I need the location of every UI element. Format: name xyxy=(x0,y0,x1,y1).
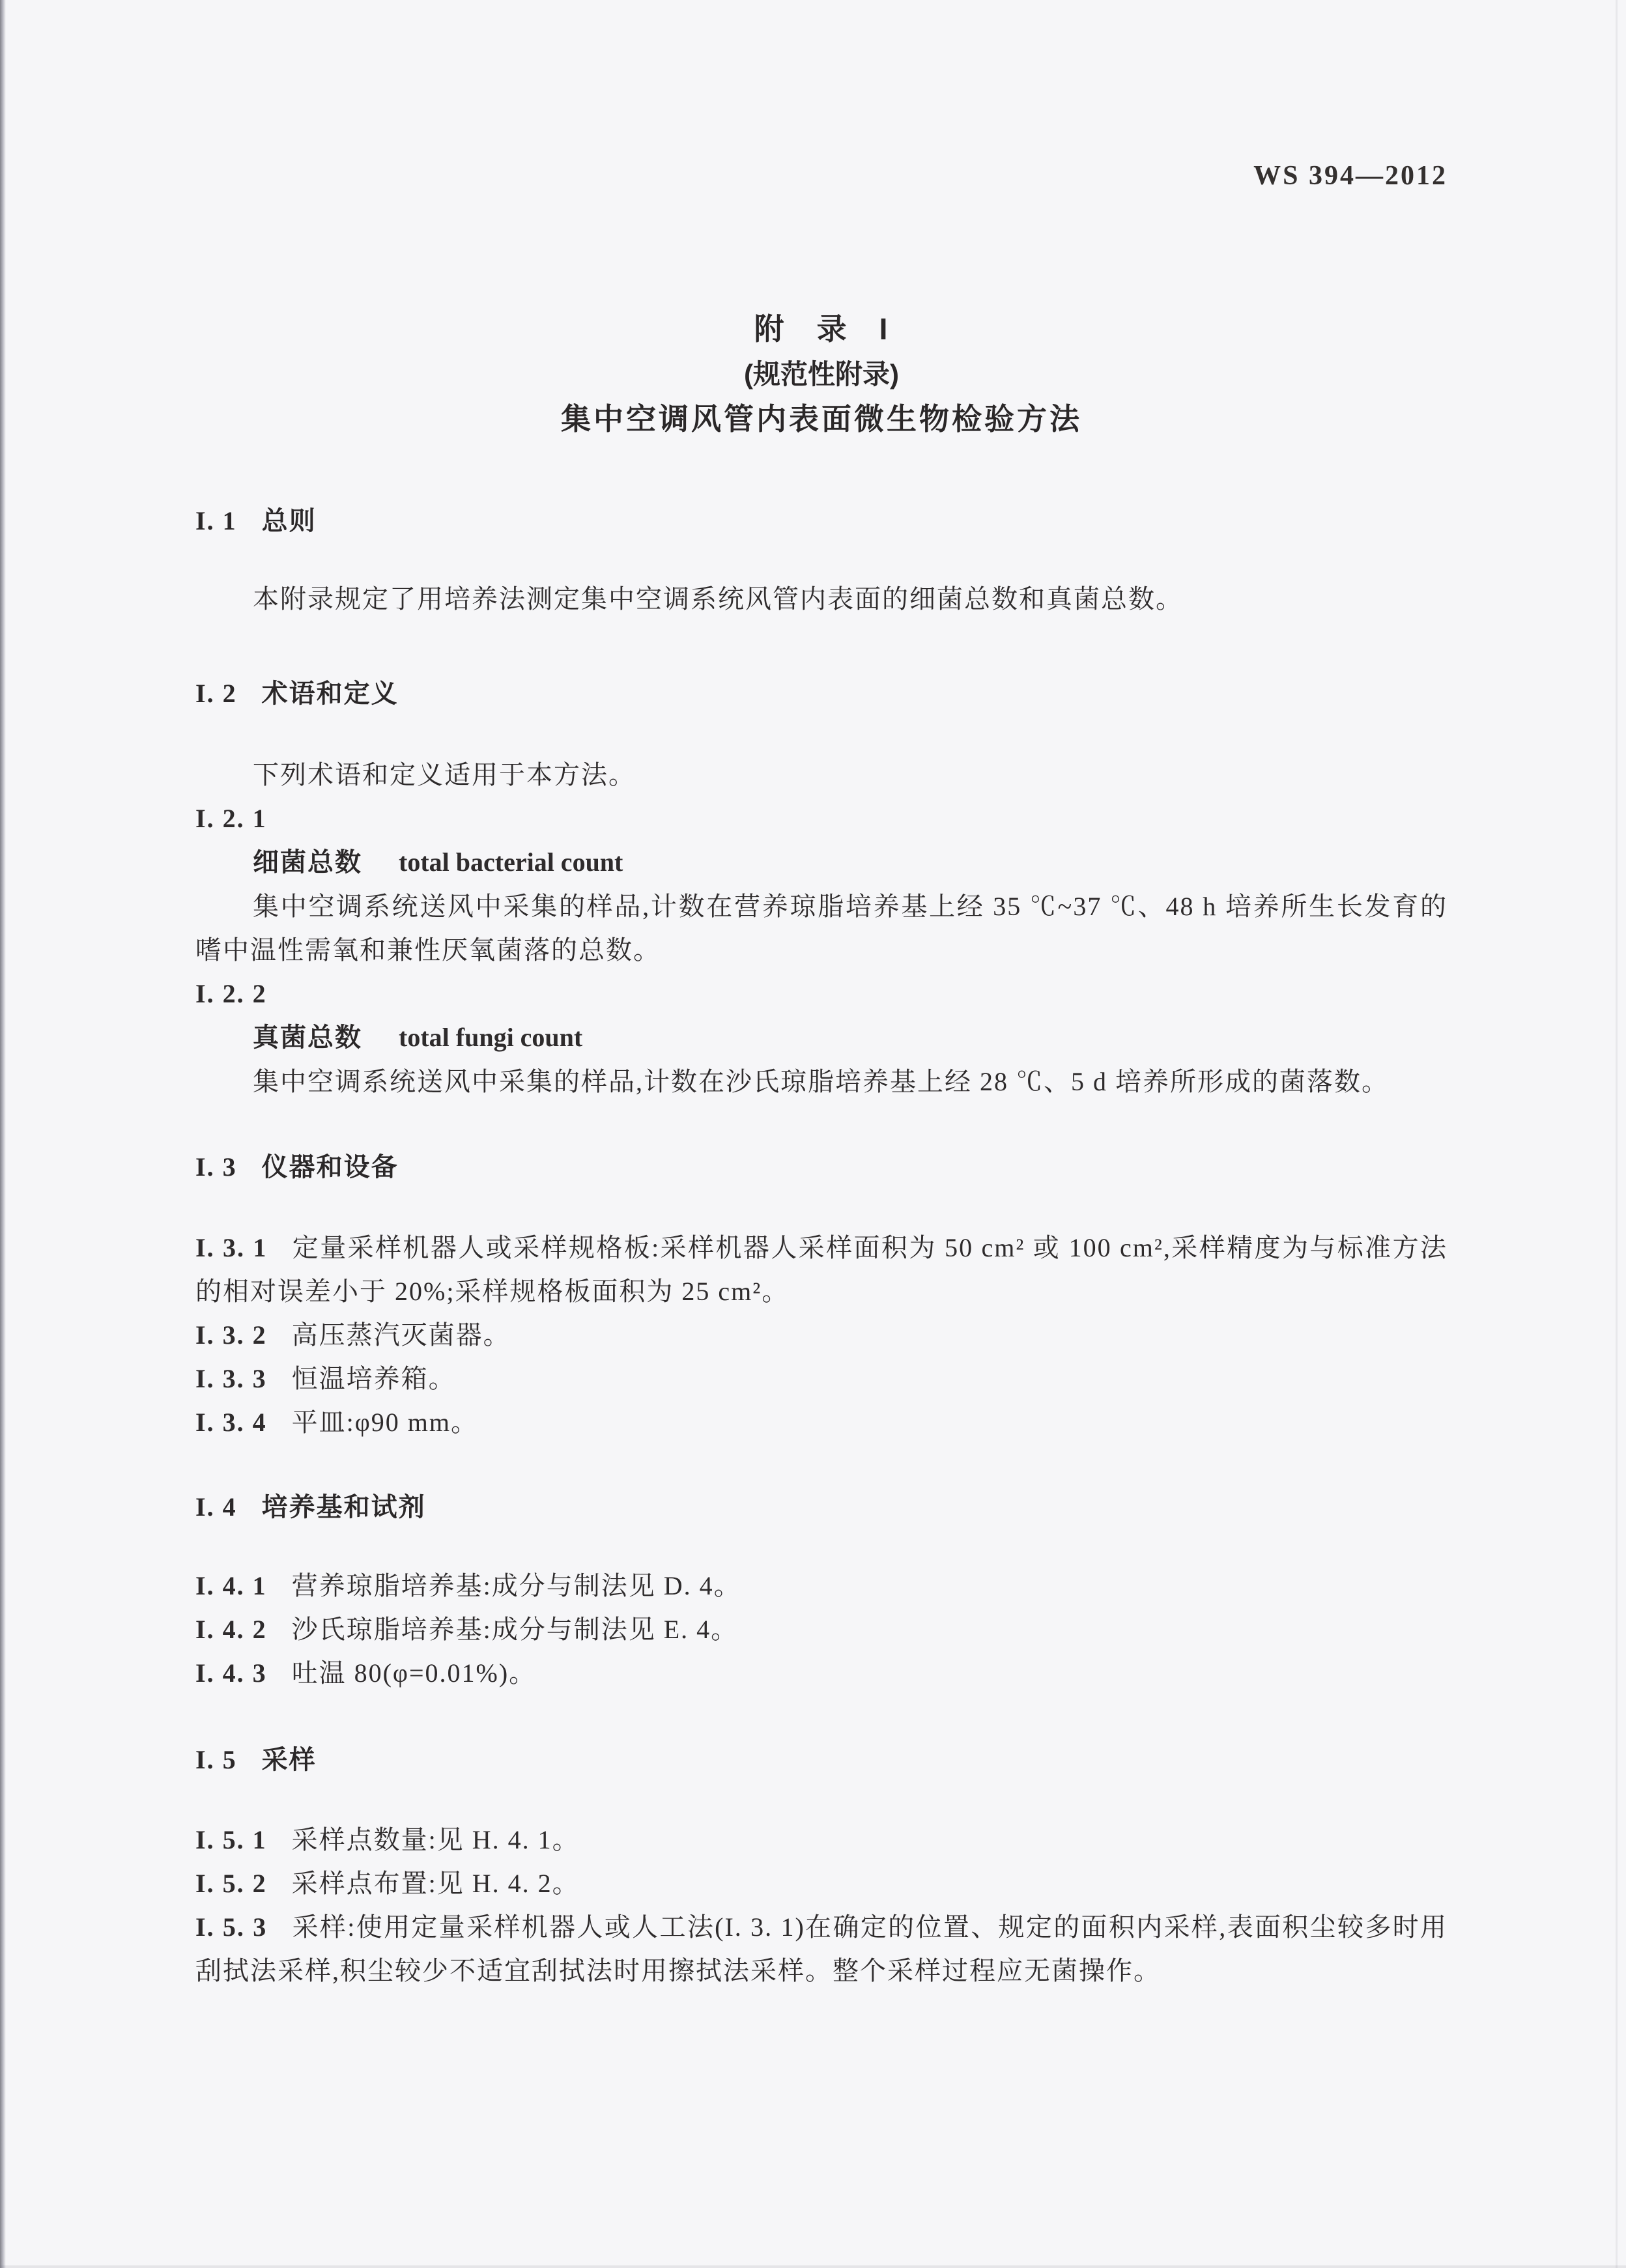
clause-number: I. 3. 4 xyxy=(195,1408,267,1437)
clause-i43: I. 4. 3吐温 80(φ=0.01%)。 xyxy=(195,1651,1448,1695)
section-heading-i3: I. 3仪器和设备 xyxy=(195,1151,1448,1184)
term-line: 细菌总数total bacterial count xyxy=(195,840,1448,885)
clause-i51: I. 5. 1采样点数量:见 H. 4. 1。 xyxy=(195,1818,1448,1862)
term-english: total fungi count xyxy=(399,1023,582,1052)
term-line: 真菌总数total fungi count xyxy=(195,1015,1448,1060)
clause-text: 平皿:φ90 mm。 xyxy=(292,1408,478,1437)
section-number: I. 4 xyxy=(195,1492,237,1522)
section-title: 术语和定义 xyxy=(262,679,399,708)
clause-text: 吐温 80(φ=0.01%)。 xyxy=(292,1658,537,1688)
definition-block-i22: I. 2. 2 真菌总数total fungi count 集中空调系统送风中采… xyxy=(195,972,1448,1103)
clause-number: I. 2. 1 xyxy=(195,797,1448,840)
clause-number: I. 4. 2 xyxy=(195,1615,267,1644)
section-heading-i4: I. 4培养基和试剂 xyxy=(195,1491,1448,1524)
section-heading-i2: I. 2术语和定义 xyxy=(195,677,1448,710)
section-number: I. 1 xyxy=(195,506,237,535)
appendix-label: 附 录 I xyxy=(195,313,1448,345)
definition-block-i21: I. 2. 1 细菌总数total bacterial count 集中空调系统… xyxy=(195,797,1448,972)
standard-code: WS 394—2012 xyxy=(195,160,1448,192)
clause-text: 采样点布置:见 H. 4. 2。 xyxy=(292,1869,580,1898)
clause-number: I. 3. 2 xyxy=(195,1320,267,1350)
term-definition: 集中空调系统送风中采集的样品,计数在营养琼脂培养基上经 35 ℃~37 ℃、48… xyxy=(195,885,1448,972)
section-heading-i5: I. 5采样 xyxy=(195,1744,1448,1776)
clause-number: I. 3. 3 xyxy=(195,1364,267,1393)
clause-i42: I. 4. 2沙氏琼脂培养基:成分与制法见 E. 4。 xyxy=(195,1608,1448,1651)
section-number: I. 5 xyxy=(195,1745,237,1774)
scan-left-edge xyxy=(0,0,6,2268)
clause-number: I. 3. 1 xyxy=(195,1233,267,1262)
section-title: 仪器和设备 xyxy=(262,1153,399,1182)
clause-number: I. 5. 3 xyxy=(195,1912,267,1942)
clause-text: 定量采样机器人或采样规格板:采样机器人采样面积为 50 cm² 或 100 cm… xyxy=(195,1233,1448,1306)
clause-i31: I. 3. 1定量采样机器人或采样规格板:采样机器人采样面积为 50 cm² 或… xyxy=(195,1226,1448,1313)
section-title: 采样 xyxy=(262,1746,317,1774)
clause-i34: I. 3. 4平皿:φ90 mm。 xyxy=(195,1400,1448,1444)
clause-text: 采样点数量:见 H. 4. 1。 xyxy=(292,1825,580,1854)
paragraph-general: 本附录规定了用培养法测定集中空调系统风管内表面的细菌总数和真菌总数。 xyxy=(195,577,1448,621)
clause-i53: I. 5. 3采样:使用定量采样机器人或人工法(I. 3. 1)在确定的位置、规… xyxy=(195,1905,1448,1992)
appendix-title: 集中空调风管内表面微生物检验方法 xyxy=(195,403,1448,435)
clause-number: I. 5. 2 xyxy=(195,1869,267,1898)
document-page: WS 394—2012 附 录 I (规范性附录) 集中空调风管内表面微生物检验… xyxy=(0,0,1626,2268)
term-english: total bacterial count xyxy=(399,847,623,877)
clause-text: 营养琼脂培养基:成分与制法见 D. 4。 xyxy=(292,1571,741,1600)
section-title: 培养基和试剂 xyxy=(262,1493,426,1522)
paragraph-terms-intro: 下列术语和定义适用于本方法。 xyxy=(195,753,1448,797)
page-content: WS 394—2012 附 录 I (规范性附录) 集中空调风管内表面微生物检验… xyxy=(195,0,1448,1992)
section-number: I. 2 xyxy=(195,679,237,708)
clause-number: I. 4. 1 xyxy=(195,1571,267,1600)
term-chinese: 细菌总数 xyxy=(253,848,362,877)
section-heading-i1: I. 1总则 xyxy=(195,505,1448,537)
scan-bottom-edge xyxy=(0,2265,1626,2268)
clause-i33: I. 3. 3恒温培养箱。 xyxy=(195,1357,1448,1400)
section-title: 总则 xyxy=(262,507,317,535)
clause-text: 高压蒸汽灭菌器。 xyxy=(292,1320,511,1350)
clause-i52: I. 5. 2采样点布置:见 H. 4. 2。 xyxy=(195,1862,1448,1905)
clause-i32: I. 3. 2高压蒸汽灭菌器。 xyxy=(195,1313,1448,1357)
term-chinese: 真菌总数 xyxy=(253,1023,362,1052)
term-definition: 集中空调系统送风中采集的样品,计数在沙氏琼脂培养基上经 28 ℃、5 d 培养所… xyxy=(195,1060,1448,1103)
clause-number: I. 4. 3 xyxy=(195,1658,267,1688)
clause-text: 恒温培养箱。 xyxy=(292,1364,456,1393)
clause-number: I. 2. 2 xyxy=(195,972,1448,1015)
scan-right-edge xyxy=(1616,0,1618,2268)
clause-i41: I. 4. 1营养琼脂培养基:成分与制法见 D. 4。 xyxy=(195,1564,1448,1608)
clause-text: 沙氏琼脂培养基:成分与制法见 E. 4。 xyxy=(292,1615,739,1644)
clause-number: I. 5. 1 xyxy=(195,1825,267,1854)
appendix-normative-note: (规范性附录) xyxy=(195,358,1448,391)
clause-text: 采样:使用定量采样机器人或人工法(I. 3. 1)在确定的位置、规定的面积内采样… xyxy=(195,1912,1448,1985)
section-number: I. 3 xyxy=(195,1152,237,1182)
